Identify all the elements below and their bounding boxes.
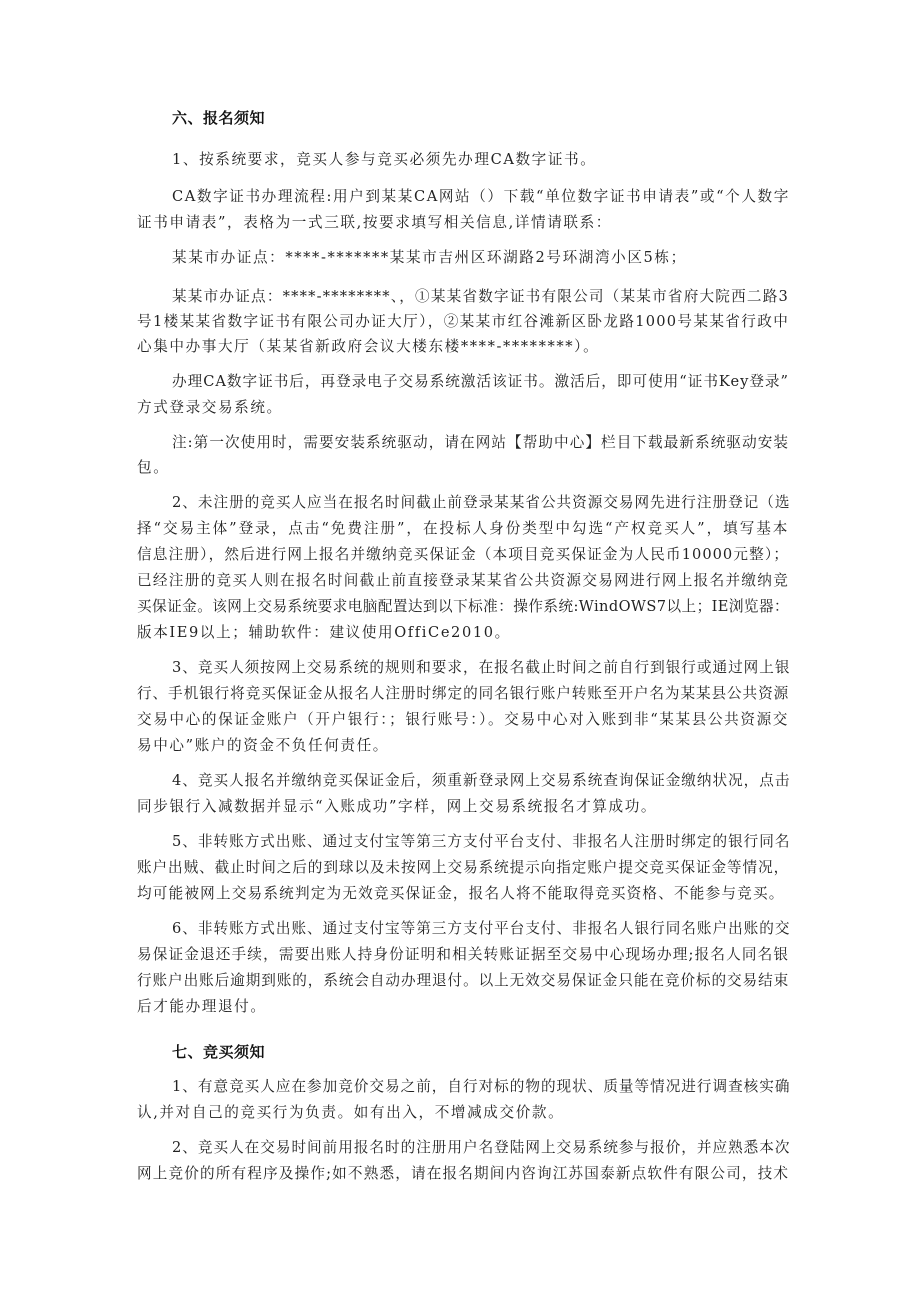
paragraph-line: 交易中心的保证金账户（开户银行：；银行账号：）。交易中心对入账到非“某某县公共资… (137, 710, 789, 730)
paragraph-line: 买保证金。该网上交易系统要求电脑配置达到以下标准：操作系统:WindOWS7以上… (137, 597, 789, 617)
paragraph-line: 2、未注册的竞买人应当在报名时间截止前登录某某省公共资源交易网先进行注册登记（选 (172, 493, 789, 513)
paragraph-line: 后才能办理退付。 (137, 997, 789, 1017)
paragraph-line: 择“交易主体”登录，点击“免费注册”，在投标人身份类型中勾选“产权竞买人”，填写… (137, 519, 789, 539)
paragraph-line: 同步银行入减数据并显示“入账成功”字样，网上交易系统报名才算成功。 (137, 797, 789, 817)
paragraph-line: 6、非转账方式出账、通过支付宝等第三方支付平台支付、非报名人银行同名账户出账的交 (172, 919, 789, 939)
paragraph-line: 办理CA数字证书后，再登录电子交易系统激活该证书。激活后，即可使用“证书Key登… (172, 372, 789, 392)
paragraph-line: 某某市办证点：****-********、，①某某省数字证书有限公司（某某市省府… (172, 287, 789, 307)
paragraph-line: 账户出贼、截止时间之后的到球以及未按网上交易系统提示向指定账户提交竞买保证金等情… (137, 858, 789, 878)
paragraph-line: 某某市办证点：****-*******某某市吉州区环湖路2号环湖湾小区5栋； (172, 248, 789, 268)
paragraph-line: 包。 (137, 458, 789, 478)
paragraph-line: 方式登录交易系统。 (137, 398, 789, 418)
paragraph-line: 心集中办事大厅（某某省新政府会议大楼东楼****-********）。 (137, 337, 789, 357)
paragraph-line: 均可能被网上交易系统判定为无效竞买保证金，报名人将不能取得竞买资格、不能参与竞买… (137, 884, 789, 904)
paragraph-line: 信息注册），然后进行网上报名并缴纳竞买保证金（本项目竞买保证金为人民币10000… (137, 545, 789, 565)
paragraph-line: 注:第一次使用时，需要安装系统驱动，请在网站【帮助中心】栏目下载最新系统驱动安装 (172, 433, 789, 453)
document-page: 六、报名须知 1、按系统要求，竞买人参与竞买必须先办理CA数字证书。CA数字证书… (0, 0, 920, 1301)
paragraph-line: 易保证金退还手续，需要出账人持身份证明和相关转账证据至交易中心现场办理;报名人同… (137, 945, 789, 965)
paragraph-line: 行、手机银行将竞买保证金从报名人注册时绑定的同名银行账户转账至开户名为某某县公共… (137, 684, 789, 704)
paragraph-line: 4、竞买人报名并缴纳竞买保证金后，须重新登录网上交易系统查询保证金缴纳状况，点击 (172, 771, 789, 791)
paragraph-line: CA数字证书办理流程:用户到某某CA网站（）下载“单位数字证书申请表”或“个人数… (172, 187, 789, 207)
section-heading: 六、报名须知 (172, 108, 265, 128)
paragraph-line: 3、竞买人须按网上交易系统的规则和要求，在报名截止时间之前自行到银行或通过网上银 (172, 658, 789, 678)
paragraph-line: 已经注册的竞买人则在报名时间截止前直接登录某某省公共资源交易网进行网上报名并缴纳… (137, 571, 789, 591)
paragraph-line: 易中心”账户的资金不负任何责任。 (137, 736, 789, 756)
paragraph-line: 认,并对自己的竞买行为负责。如有出入，不增减成交价款。 (137, 1103, 789, 1123)
paragraph-line: 版本IE9以上；辅助软件：建议使用OffiCe2010。 (137, 623, 789, 643)
paragraph-line: 号1楼某某省数字证书有限公司办证大厅），②某某市红谷滩新区卧龙路1000号某某省… (137, 312, 789, 332)
paragraph-line: 网上竞价的所有程序及操作;如不熟悉，请在报名期间内咨询江苏国泰新点软件有限公司，… (137, 1164, 789, 1184)
paragraph-line: 行账户出账后逾期到账的，系统会自动办理退付。以上无效交易保证金只能在竞价标的交易… (137, 971, 789, 991)
paragraph-line: 1、有意竞买人应在参加竞价交易之前，自行对标的物的现状、质量等情况进行调查核实确 (172, 1077, 789, 1097)
paragraph-line: 1、按系统要求，竞买人参与竞买必须先办理CA数字证书。 (172, 150, 789, 170)
paragraph-line: 证书申请表”，表格为一式三联,按要求填写相关信息,详情请联系： (137, 213, 789, 233)
paragraph-line: 5、非转账方式出账、通过支付宝等第三方支付平台支付、非报名人注册时绑定的银行同名 (172, 832, 789, 852)
paragraph-line: 2、竞买人在交易时间前用报名时的注册用户名登陆网上交易系统参与报价，并应熟悉本次 (172, 1138, 789, 1158)
section-heading: 七、竞买须知 (172, 1042, 265, 1062)
